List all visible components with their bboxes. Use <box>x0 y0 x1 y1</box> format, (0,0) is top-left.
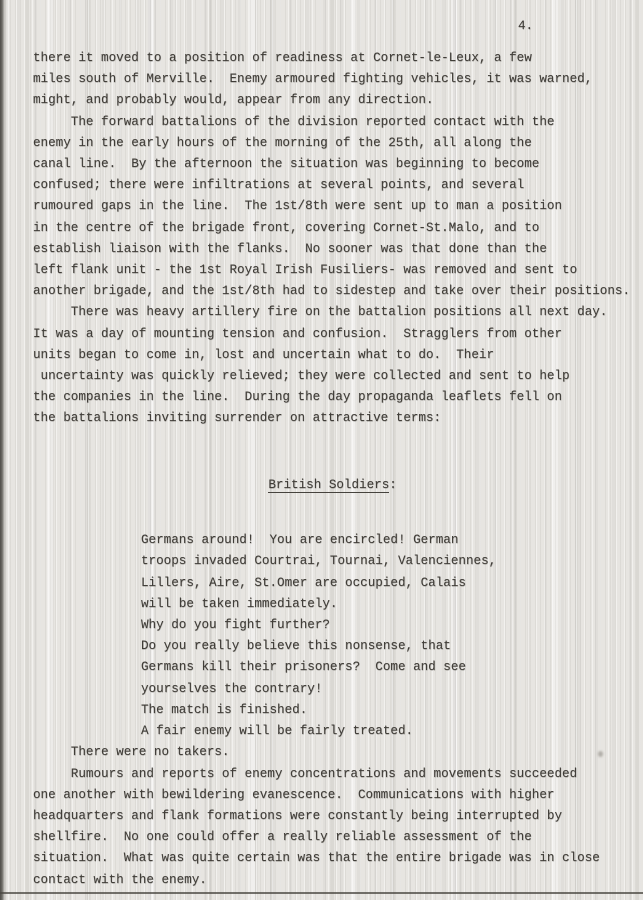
text-line: in the centre of the brigade front, cove… <box>33 218 633 239</box>
text-line: Lillers, Aire, St.Omer are occupied, Cal… <box>141 573 633 594</box>
document-body: there it moved to a position of readines… <box>33 48 633 891</box>
text-line: There was heavy artillery fire on the ba… <box>33 302 633 323</box>
text-line: miles south of Merville. Enemy armoured … <box>33 69 633 90</box>
leaflet-heading-text: British Soldiers <box>268 478 389 493</box>
page-bottom-edge-line <box>0 892 643 894</box>
text-line: headquarters and flank formations were c… <box>33 806 633 827</box>
text-line: enemy in the early hours of the morning … <box>33 133 633 154</box>
page-number: 4. <box>518 16 533 37</box>
text-line: yourselves the contrary! <box>141 679 633 700</box>
text-line: shellfire. No one could offer a really r… <box>33 827 633 848</box>
text-line: establish liaison with the flanks. No so… <box>33 239 633 260</box>
propaganda-leaflet-quote: Germans around! You are encircled! Germa… <box>141 530 633 742</box>
page-left-edge-shadow <box>0 0 7 900</box>
text-line: A fair enemy will be fairly treated. <box>141 721 633 742</box>
paragraph-forward-battalions: The forward battalions of the division r… <box>33 112 633 303</box>
text-line: It was a day of mounting tension and con… <box>33 324 633 345</box>
text-line: Germans kill their prisoners? Come and s… <box>141 657 633 678</box>
text-line: situation. What was quite certain was th… <box>33 848 633 869</box>
paragraph-no-takers: There were no takers. <box>33 742 633 763</box>
text-line: there it moved to a position of readines… <box>33 48 633 69</box>
text-line: might, and probably would, appear from a… <box>33 90 633 111</box>
text-line: another brigade, and the 1st/8th had to … <box>33 281 633 302</box>
text-line: confused; there were infiltrations at se… <box>33 175 633 196</box>
text-line: Rumours and reports of enemy concentrati… <box>33 764 633 785</box>
text-line: one another with bewildering evanescence… <box>33 785 633 806</box>
text-line: contact with the enemy. <box>33 870 633 891</box>
text-line: units began to come in, lost and uncerta… <box>33 345 633 366</box>
text-line: Germans around! You are encircled! Germa… <box>141 530 633 551</box>
text-line: The forward battalions of the division r… <box>33 112 633 133</box>
text-line: The match is finished. <box>141 700 633 721</box>
paragraph-rumours: Rumours and reports of enemy concentrati… <box>33 764 633 891</box>
scanned-document-page: 4. there it moved to a position of readi… <box>0 0 643 900</box>
paragraph-opening: there it moved to a position of readines… <box>33 48 633 112</box>
text-line: the battalions inviting surrender on att… <box>33 408 633 429</box>
text-line: will be taken immediately. <box>141 594 633 615</box>
leaflet-heading-colon: : <box>389 478 397 492</box>
text-line: There were no takers. <box>33 742 633 763</box>
paragraph-artillery-fire: There was heavy artillery fire on the ba… <box>33 302 633 429</box>
text-line: rumoured gaps in the line. The 1st/8th w… <box>33 196 633 217</box>
text-line: uncertainty was quickly relieved; they w… <box>33 366 633 387</box>
text-line: troops invaded Courtrai, Tournai, Valenc… <box>141 551 633 572</box>
text-line: the companies in the line. During the da… <box>33 387 633 408</box>
text-line: Do you really believe this nonsense, tha… <box>141 636 633 657</box>
text-line: canal line. By the afternoon the situati… <box>33 154 633 175</box>
text-line: left flank unit - the 1st Royal Irish Fu… <box>33 260 633 281</box>
leaflet-heading: British Soldiers: <box>223 454 633 518</box>
text-line: Why do you fight further? <box>141 615 633 636</box>
